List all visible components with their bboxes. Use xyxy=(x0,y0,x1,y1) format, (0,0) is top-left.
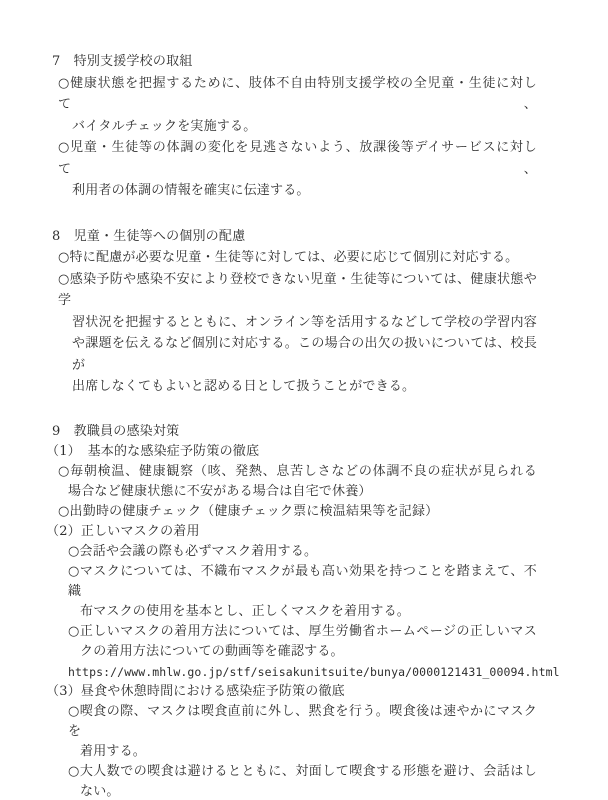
document-body: 7 特別支援学校の取組○健康状態を把握するために、肢体不自由特別支援学校の全児童… xyxy=(0,51,608,800)
subsection-heading: （1） 基本的な感染症予防策の徹底 xyxy=(46,442,608,462)
bullet-line: ○会話や会議の際も必ずマスク着用する。 xyxy=(68,542,608,562)
continuation-line: バイタルチェックを実施する。 xyxy=(72,116,608,138)
section-8: 8 児童・生徒等への個別の配慮○特に配慮が必要な児童・生徒等に対しては、必要に応… xyxy=(0,226,608,398)
bullet-line: ○喫食の際、マスクは喫食直前に外し、黙食を行う。喫食後は速やかにマスクを xyxy=(68,702,537,742)
subsection-heading: （2）正しいマスクの着用 xyxy=(46,522,608,542)
continuation-line: 利用者の体調の情報を確実に伝達する。 xyxy=(72,180,608,202)
continuation-line: 出席しなくてもよいと認める日として扱うことができる。 xyxy=(72,376,608,398)
bullet-line: ○大人数での喫食は避けるとともに、対面して喫食する形態を避け、会話はし xyxy=(68,762,537,782)
bullet-line: ○健康状態を把握するために、肢体不自由特別支援学校の全児童・生徒に対して、 xyxy=(58,73,537,116)
continuation-line: ない。 xyxy=(80,782,608,800)
section-heading: 7 特別支援学校の取組 xyxy=(52,51,608,73)
bullet-line: ○特に配慮が必要な児童・生徒等に対しては、必要に応じて個別に対応する。 xyxy=(58,247,608,269)
section-7: 7 特別支援学校の取組○健康状態を把握するために、肢体不自由特別支援学校の全児童… xyxy=(0,51,608,202)
continuation-line: 着用する。 xyxy=(80,742,608,762)
document-page: 7 特別支援学校の取組○健康状態を把握するために、肢体不自由特別支援学校の全児童… xyxy=(0,0,608,800)
bullet-line: ○正しいマスクの着用方法については、厚生労働省ホームページの正しいマス xyxy=(68,622,537,642)
continuation-line: 習状況を把握するとともに、オンライン等を活用するなどして学校の学習内容 xyxy=(72,312,537,334)
subsection-heading: （3）昼食や休憩時間における感染症予防策の徹底 xyxy=(46,682,608,702)
bullet-line: ○児童・生徒等の体調の変化を見逃さないよう、放課後等デイサービスに対して、 xyxy=(58,137,537,180)
section-heading: 8 児童・生徒等への個別の配慮 xyxy=(52,226,608,248)
bullet-line: ○マスクについては、不織布マスクが最も高い効果を持つことを踏まえて、不織 xyxy=(68,562,537,602)
continuation-line: や課題を伝えるなど個別に対応する。この場合の出欠の扱いについては、校長が xyxy=(72,333,537,376)
url-line: https://www.mhlw.go.jp/stf/seisakunitsui… xyxy=(68,662,608,682)
section-9: 9 教職員の感染対策（1） 基本的な感染症予防策の徹底○毎朝検温、健康観察（咳、… xyxy=(0,422,608,800)
continuation-line: 布マスクの使用を基本とし、正しくマスクを着用する。 xyxy=(80,602,608,622)
bullet-line: ○感染予防や感染不安により登校できない児童・生徒等については、健康状態や学 xyxy=(58,269,537,312)
continuation-line: クの着用方法についての動画等を確認する。 xyxy=(80,642,608,662)
bullet-line: ○出勤時の健康チェック（健康チェック票に検温結果等を記録） xyxy=(58,502,608,522)
section-heading: 9 教職員の感染対策 xyxy=(52,422,608,442)
continuation-line: 場合など健康状態に不安がある場合は自宅で休養） xyxy=(68,482,608,502)
bullet-line: ○毎朝検温、健康観察（咳、発熱、息苦しさなどの体調不良の症状が見られる xyxy=(58,462,537,482)
